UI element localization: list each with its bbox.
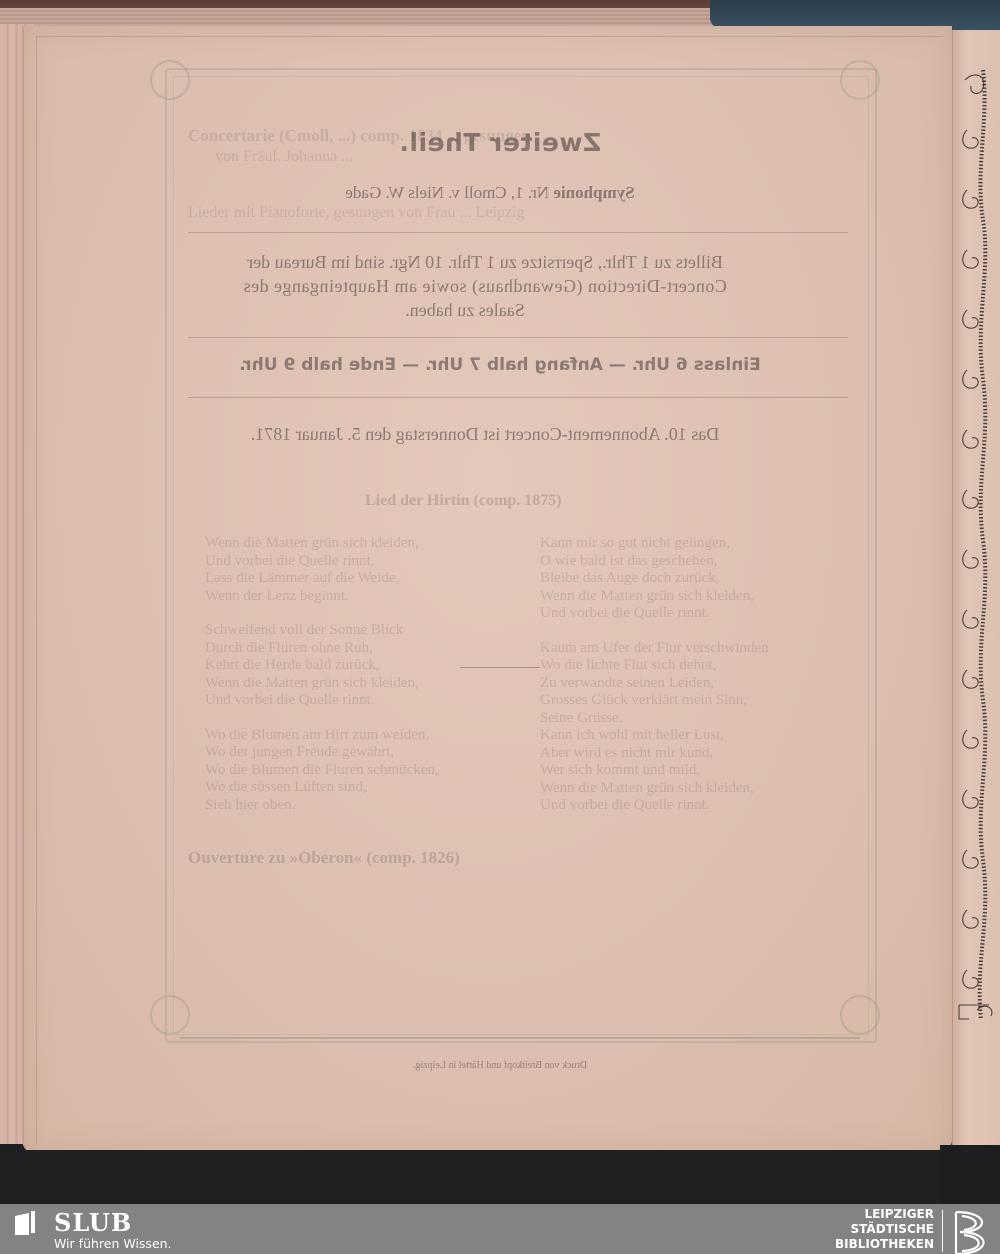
slub-book-icon xyxy=(12,1210,38,1236)
ghost-line: Wo der jungen Freude gewährt, xyxy=(205,744,439,762)
ghost-line: Wer sich kommt und mild, xyxy=(540,762,769,780)
ghost-line: Kann ich wohl mit heller Lust, xyxy=(540,727,769,745)
admission-times: Einlass 6 Uhr. — Anfang halb 7 Uhr. — En… xyxy=(0,355,1000,375)
ghost-spacer xyxy=(205,710,439,727)
slub-tagline: Wir führen Wissen. xyxy=(54,1236,172,1251)
ghost-left-column: Wenn die Matten grün sich kleiden, Und v… xyxy=(205,535,439,814)
frame-corner-icon xyxy=(840,60,880,100)
ghost-lieder: Lieder mit Pianoforte, gesungen von Frau… xyxy=(188,204,524,222)
ghost-line: Kann mir so gut nicht gelingen, xyxy=(540,535,769,553)
stray-mark xyxy=(460,667,540,668)
ghost-line: Kaum am Ufer der Flur verschwinden xyxy=(540,640,769,658)
ghost-line: Wenn die Matten grün sich kleiden, xyxy=(540,588,769,606)
ghost-line: Seine Grüsse. xyxy=(540,710,769,728)
next-concert-notice: Das 10. Abonnement-Concert ist Donnersta… xyxy=(0,424,1000,445)
ticket-info: Billets zu 1 Thlr., Sperrsitze zu 1 Thlr… xyxy=(0,250,1000,322)
ticket-line-2: Concert-Direction (Gewandhaus) sowie am … xyxy=(0,274,1000,298)
ghost-spacer xyxy=(540,623,769,640)
ghost-line: Bleibe das Auge doch zurück, xyxy=(540,570,769,588)
frame-corner-icon xyxy=(840,995,880,1035)
ornament-border-icon xyxy=(955,60,995,1030)
ghost-overture: Ouverture zu »Oberon« (comp. 1826) xyxy=(188,848,460,868)
frame-bottom-rule xyxy=(180,1037,860,1039)
divider xyxy=(188,397,848,398)
slub-brand[interactable]: SLUB xyxy=(54,1208,132,1237)
divider xyxy=(188,337,848,338)
ghost-line: Kehrt die Herde bald zurück, xyxy=(205,657,439,675)
ticket-line-3: Saales zu haben. xyxy=(0,298,1000,322)
ghost-line: Wo die süssen Lüften sind, xyxy=(205,779,439,797)
ghost-line: Wo die Blumen die Fluren schmücken, xyxy=(205,762,439,780)
divider xyxy=(188,232,848,233)
ticket-line-1: Billets zu 1 Thlr., Sperrsitze zu 1 Thlr… xyxy=(0,250,1000,274)
printer-imprint: Druck von Breitkopf und Härtel in Leipzi… xyxy=(0,1060,1000,1071)
scan-background-right xyxy=(940,1145,1000,1205)
ghost-line: Und vorbei die Quelle rinnt, xyxy=(205,553,439,571)
frame-corner-icon xyxy=(150,60,190,100)
lsb-brand[interactable]: LEIPZIGER STÄDTISCHE BIBLIOTHEKEN xyxy=(835,1207,934,1252)
ghost-line: Schweifend voll der Sonne Blick xyxy=(205,622,439,640)
ghost-line: Wenn der Lenz beginnt. xyxy=(205,588,439,606)
ghost-spacer xyxy=(205,605,439,622)
ghost-line: Wo die lichte Flut sich dehnt, xyxy=(540,657,769,675)
ghost-line: Zu verwandte seinen Leiden, xyxy=(540,675,769,693)
program-item: Symphonie Nr. 1, Cmoll v. Niels W. Gade xyxy=(0,183,1000,203)
lsb-line: LEIPZIGER xyxy=(835,1207,934,1222)
ghost-line: Wenn die Matten grün sich kleiden, xyxy=(205,675,439,693)
ghost-line: Und vorbei die Quelle rinnt. xyxy=(540,797,769,815)
ghost-line: Durch die Fluren ohne Ruh, xyxy=(205,640,439,658)
ghost-line: Aber wird es nicht mir kund, xyxy=(540,745,769,763)
scan-background xyxy=(0,1150,1000,1206)
ghost-line: Und vorbei die Quelle rinnt. xyxy=(540,605,769,623)
lsb-b-logo-icon xyxy=(950,1210,994,1254)
ghost-song-heading: Lied der Hirtin (comp. 1875) xyxy=(365,492,562,510)
ghost-right-column: Kann mir so gut nicht gelingen, O wie ba… xyxy=(540,535,769,815)
ghost-line: Wo die Blumen am Hirt zum weiden, xyxy=(205,727,439,745)
ghost-line: Wenn die Matten grün sich kleiden, xyxy=(540,780,769,798)
ghost-line: Grosses Glück verklärt mein Sinn, xyxy=(540,692,769,710)
section-title: Zweiter Theil. xyxy=(0,128,1000,157)
ghost-line: Wenn die Matten grün sich kleiden, xyxy=(205,535,439,553)
ghost-line: Sieh hier oben. xyxy=(205,797,439,815)
ghost-line: Lass die Lämmer auf die Weide, xyxy=(205,570,439,588)
program-work-name: Symphonie xyxy=(553,183,634,202)
program-work-detail: Nr. 1, Cmoll v. Niels W. Gade xyxy=(345,183,553,202)
lsb-divider xyxy=(942,1210,943,1252)
ghost-line: O wie bald ist das geschehen, xyxy=(540,553,769,571)
lsb-line: BIBLIOTHEKEN xyxy=(835,1237,934,1252)
frame-corner-icon xyxy=(150,995,190,1035)
viewer-footer: SLUB Wir führen Wissen. LEIPZIGER STÄDTI… xyxy=(0,1204,1000,1254)
ghost-line: Und vorbei die Quelle rinnt. xyxy=(205,692,439,710)
lsb-line: STÄDTISCHE xyxy=(835,1222,934,1237)
